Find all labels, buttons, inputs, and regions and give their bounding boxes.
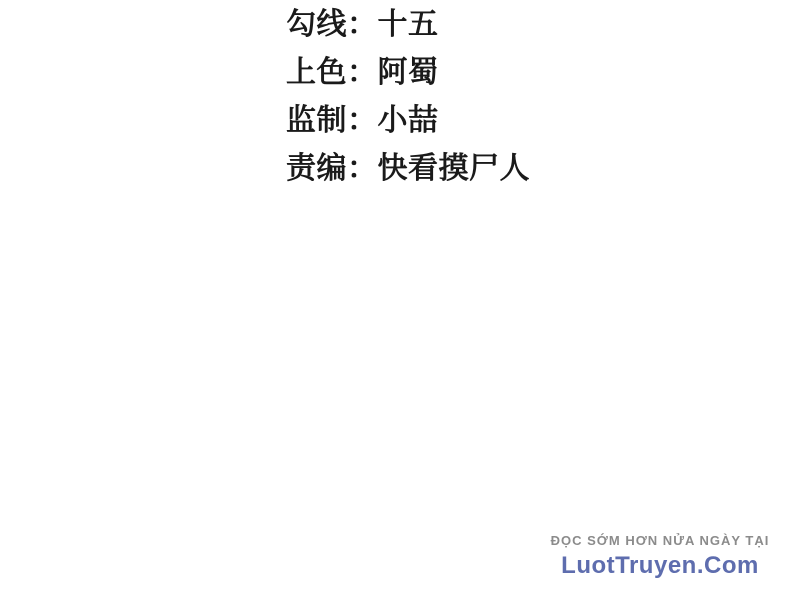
credits-block: 勾线：十五 上色：阿蜀 监制：小喆 责编：快看摸尸人 — [286, 9, 530, 184]
credit-line-editor: 责编：快看摸尸人 — [286, 153, 530, 184]
credit-line-outline-artist: 勾线：十五 — [286, 9, 530, 40]
comic-credits-page: 勾线：十五 上色：阿蜀 监制：小喆 责编：快看摸尸人 ĐỌC SỚM HƠN N… — [0, 0, 800, 602]
site-watermark: ĐỌC SỚM HƠN NỬA NGÀY TẠI LuotTruyen.Com — [540, 533, 780, 578]
watermark-site-name: LuotTruyen.Com — [540, 553, 780, 578]
credit-line-supervisor: 监制：小喆 — [286, 105, 530, 136]
watermark-tagline: ĐỌC SỚM HƠN NỬA NGÀY TẠI — [540, 533, 780, 548]
credit-line-colorist: 上色：阿蜀 — [286, 57, 530, 88]
